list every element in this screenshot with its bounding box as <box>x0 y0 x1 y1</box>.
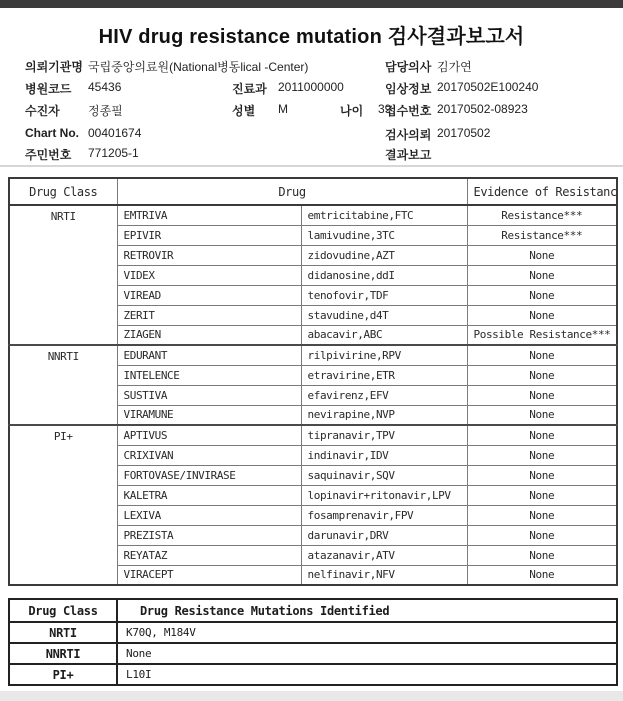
generic-cell: etravirine,ETR <box>301 365 467 385</box>
generic-cell: abacavir,ABC <box>301 325 467 345</box>
generic-cell: saquinavir,SQV <box>301 465 467 485</box>
brand-cell: INTELENCE <box>117 365 301 385</box>
brand-cell: LEXIVA <box>117 505 301 525</box>
resistance-table: Drug Class Drug Evidence of Resistance N… <box>8 177 618 586</box>
resistance-table-header: Drug Class Drug Evidence of Resistance <box>9 178 617 205</box>
physician-label: 담당의사 <box>385 58 431 75</box>
table-row: NNRTI None <box>9 643 617 664</box>
table-row: PI+ APTIVUS tipranavir,TPV None <box>9 425 617 445</box>
resident-id-label: 주민번호 <box>25 146 71 163</box>
drug-class-cell: NRTI <box>9 205 117 345</box>
brand-cell: SUSTIVA <box>117 385 301 405</box>
evidence-cell: None <box>467 545 617 565</box>
brand-cell: EPIVIR <box>117 225 301 245</box>
brand-cell: EMTRIVA <box>117 205 301 225</box>
patient-name-label: 수진자 <box>25 102 60 119</box>
col-header-drug: Drug <box>117 178 467 205</box>
brand-cell: ZIAGEN <box>117 325 301 345</box>
org-value: 국립중앙의료원(National병동lical -Center) <box>88 58 308 75</box>
generic-cell: nevirapine,NVP <box>301 405 467 425</box>
section-divider <box>0 165 623 167</box>
drug-class-cell: NNRTI <box>9 643 117 664</box>
chart-no-label: Chart No. <box>25 126 79 140</box>
generic-cell: lopinavir+ritonavir,LPV <box>301 485 467 505</box>
generic-cell: didanosine,ddI <box>301 265 467 285</box>
evidence-cell: Resistance*** <box>467 205 617 225</box>
report-title: HIV drug resistance mutation 검사결과보고서 <box>0 20 623 49</box>
generic-cell: tipranavir,TPV <box>301 425 467 445</box>
evidence-cell: None <box>467 265 617 285</box>
evidence-cell: None <box>467 425 617 445</box>
table-row: NRTI K70Q, M184V <box>9 622 617 643</box>
evidence-cell: None <box>467 485 617 505</box>
generic-cell: indinavir,IDV <box>301 445 467 465</box>
generic-cell: stavudine,d4T <box>301 305 467 325</box>
drug-class-cell: PI+ <box>9 425 117 585</box>
generic-cell: zidovudine,AZT <box>301 245 467 265</box>
table-row: NRTI EMTRIVA emtricitabine,FTC Resistanc… <box>9 205 617 225</box>
chart-no-value: 00401674 <box>88 126 141 140</box>
generic-cell: emtricitabine,FTC <box>301 205 467 225</box>
accession-label: 접수번호 <box>385 102 431 119</box>
brand-cell: REYATAZ <box>117 545 301 565</box>
patient-name-value: 정종필 <box>88 102 123 119</box>
order-date-value: 20170502 <box>437 126 490 140</box>
sex-value: M <box>278 102 288 116</box>
resident-id-value: 771205-1 <box>88 146 139 160</box>
col-header-evidence: Evidence of Resistance <box>467 178 617 205</box>
mutations-table: Drug Class Drug Resistance Mutations Ide… <box>8 598 618 686</box>
brand-cell: CRIXIVAN <box>117 445 301 465</box>
brand-cell: VIRAMUNE <box>117 405 301 425</box>
evidence-cell: None <box>467 445 617 465</box>
dept-value: 2011000000 <box>278 80 344 94</box>
generic-cell: efavirenz,EFV <box>301 385 467 405</box>
hospital-code-value: 45436 <box>88 80 121 94</box>
evidence-cell: None <box>467 385 617 405</box>
hospital-code-label: 병원코드 <box>25 80 71 97</box>
col-header-mutations: Drug Resistance Mutations Identified <box>117 599 617 622</box>
generic-cell: tenofovir,TDF <box>301 285 467 305</box>
table-row: PI+ L10I <box>9 664 617 685</box>
generic-cell: rilpivirine,RPV <box>301 345 467 365</box>
generic-cell: atazanavir,ATV <box>301 545 467 565</box>
evidence-cell: None <box>467 345 617 365</box>
evidence-cell: None <box>467 505 617 525</box>
clinical-info-value: 20170502E100240 <box>437 80 538 94</box>
generic-cell: darunavir,DRV <box>301 525 467 545</box>
brand-cell: RETROVIR <box>117 245 301 265</box>
drug-class-cell: NRTI <box>9 622 117 643</box>
evidence-cell: None <box>467 365 617 385</box>
evidence-cell: None <box>467 465 617 485</box>
evidence-cell: None <box>467 525 617 545</box>
mutations-cell: None <box>117 643 617 664</box>
brand-cell: EDURANT <box>117 345 301 365</box>
mutations-table-header: Drug Class Drug Resistance Mutations Ide… <box>9 599 617 622</box>
evidence-cell: None <box>467 565 617 585</box>
generic-cell: lamivudine,3TC <box>301 225 467 245</box>
clinical-info-label: 임상정보 <box>385 80 431 97</box>
generic-cell: fosamprenavir,FPV <box>301 505 467 525</box>
brand-cell: FORTOVASE/INVIRASE <box>117 465 301 485</box>
evidence-cell: Resistance*** <box>467 225 617 245</box>
drug-class-cell: PI+ <box>9 664 117 685</box>
mutations-cell: K70Q, M184V <box>117 622 617 643</box>
report-page: HIV drug resistance mutation 검사결과보고서 의뢰기… <box>0 0 623 701</box>
top-window-strip <box>0 0 623 8</box>
physician-value: 김가연 <box>437 58 472 75</box>
brand-cell: VIRACEPT <box>117 565 301 585</box>
brand-cell: PREZISTA <box>117 525 301 545</box>
sex-label: 성별 <box>232 102 255 119</box>
brand-cell: ZERIT <box>117 305 301 325</box>
brand-cell: VIREAD <box>117 285 301 305</box>
report-date-label: 결과보고 <box>385 146 431 163</box>
bottom-window-strip <box>0 691 623 701</box>
evidence-cell: Possible Resistance*** <box>467 325 617 345</box>
table-row: NNRTI EDURANT rilpivirine,RPV None <box>9 345 617 365</box>
accession-value: 20170502-08923 <box>437 102 528 116</box>
order-date-label: 검사의뢰 <box>385 126 431 143</box>
evidence-cell: None <box>467 305 617 325</box>
col-header-drug-class: Drug Class <box>9 178 117 205</box>
age-label: 나이 <box>340 102 363 119</box>
evidence-cell: None <box>467 405 617 425</box>
drug-class-cell: NNRTI <box>9 345 117 425</box>
brand-cell: APTIVUS <box>117 425 301 445</box>
org-label: 의뢰기관명 <box>25 58 83 75</box>
generic-cell: nelfinavir,NFV <box>301 565 467 585</box>
evidence-cell: None <box>467 285 617 305</box>
brand-cell: KALETRA <box>117 485 301 505</box>
col-header-drug-class: Drug Class <box>9 599 117 622</box>
evidence-cell: None <box>467 245 617 265</box>
mutations-cell: L10I <box>117 664 617 685</box>
brand-cell: VIDEX <box>117 265 301 285</box>
dept-label: 진료과 <box>232 80 267 97</box>
